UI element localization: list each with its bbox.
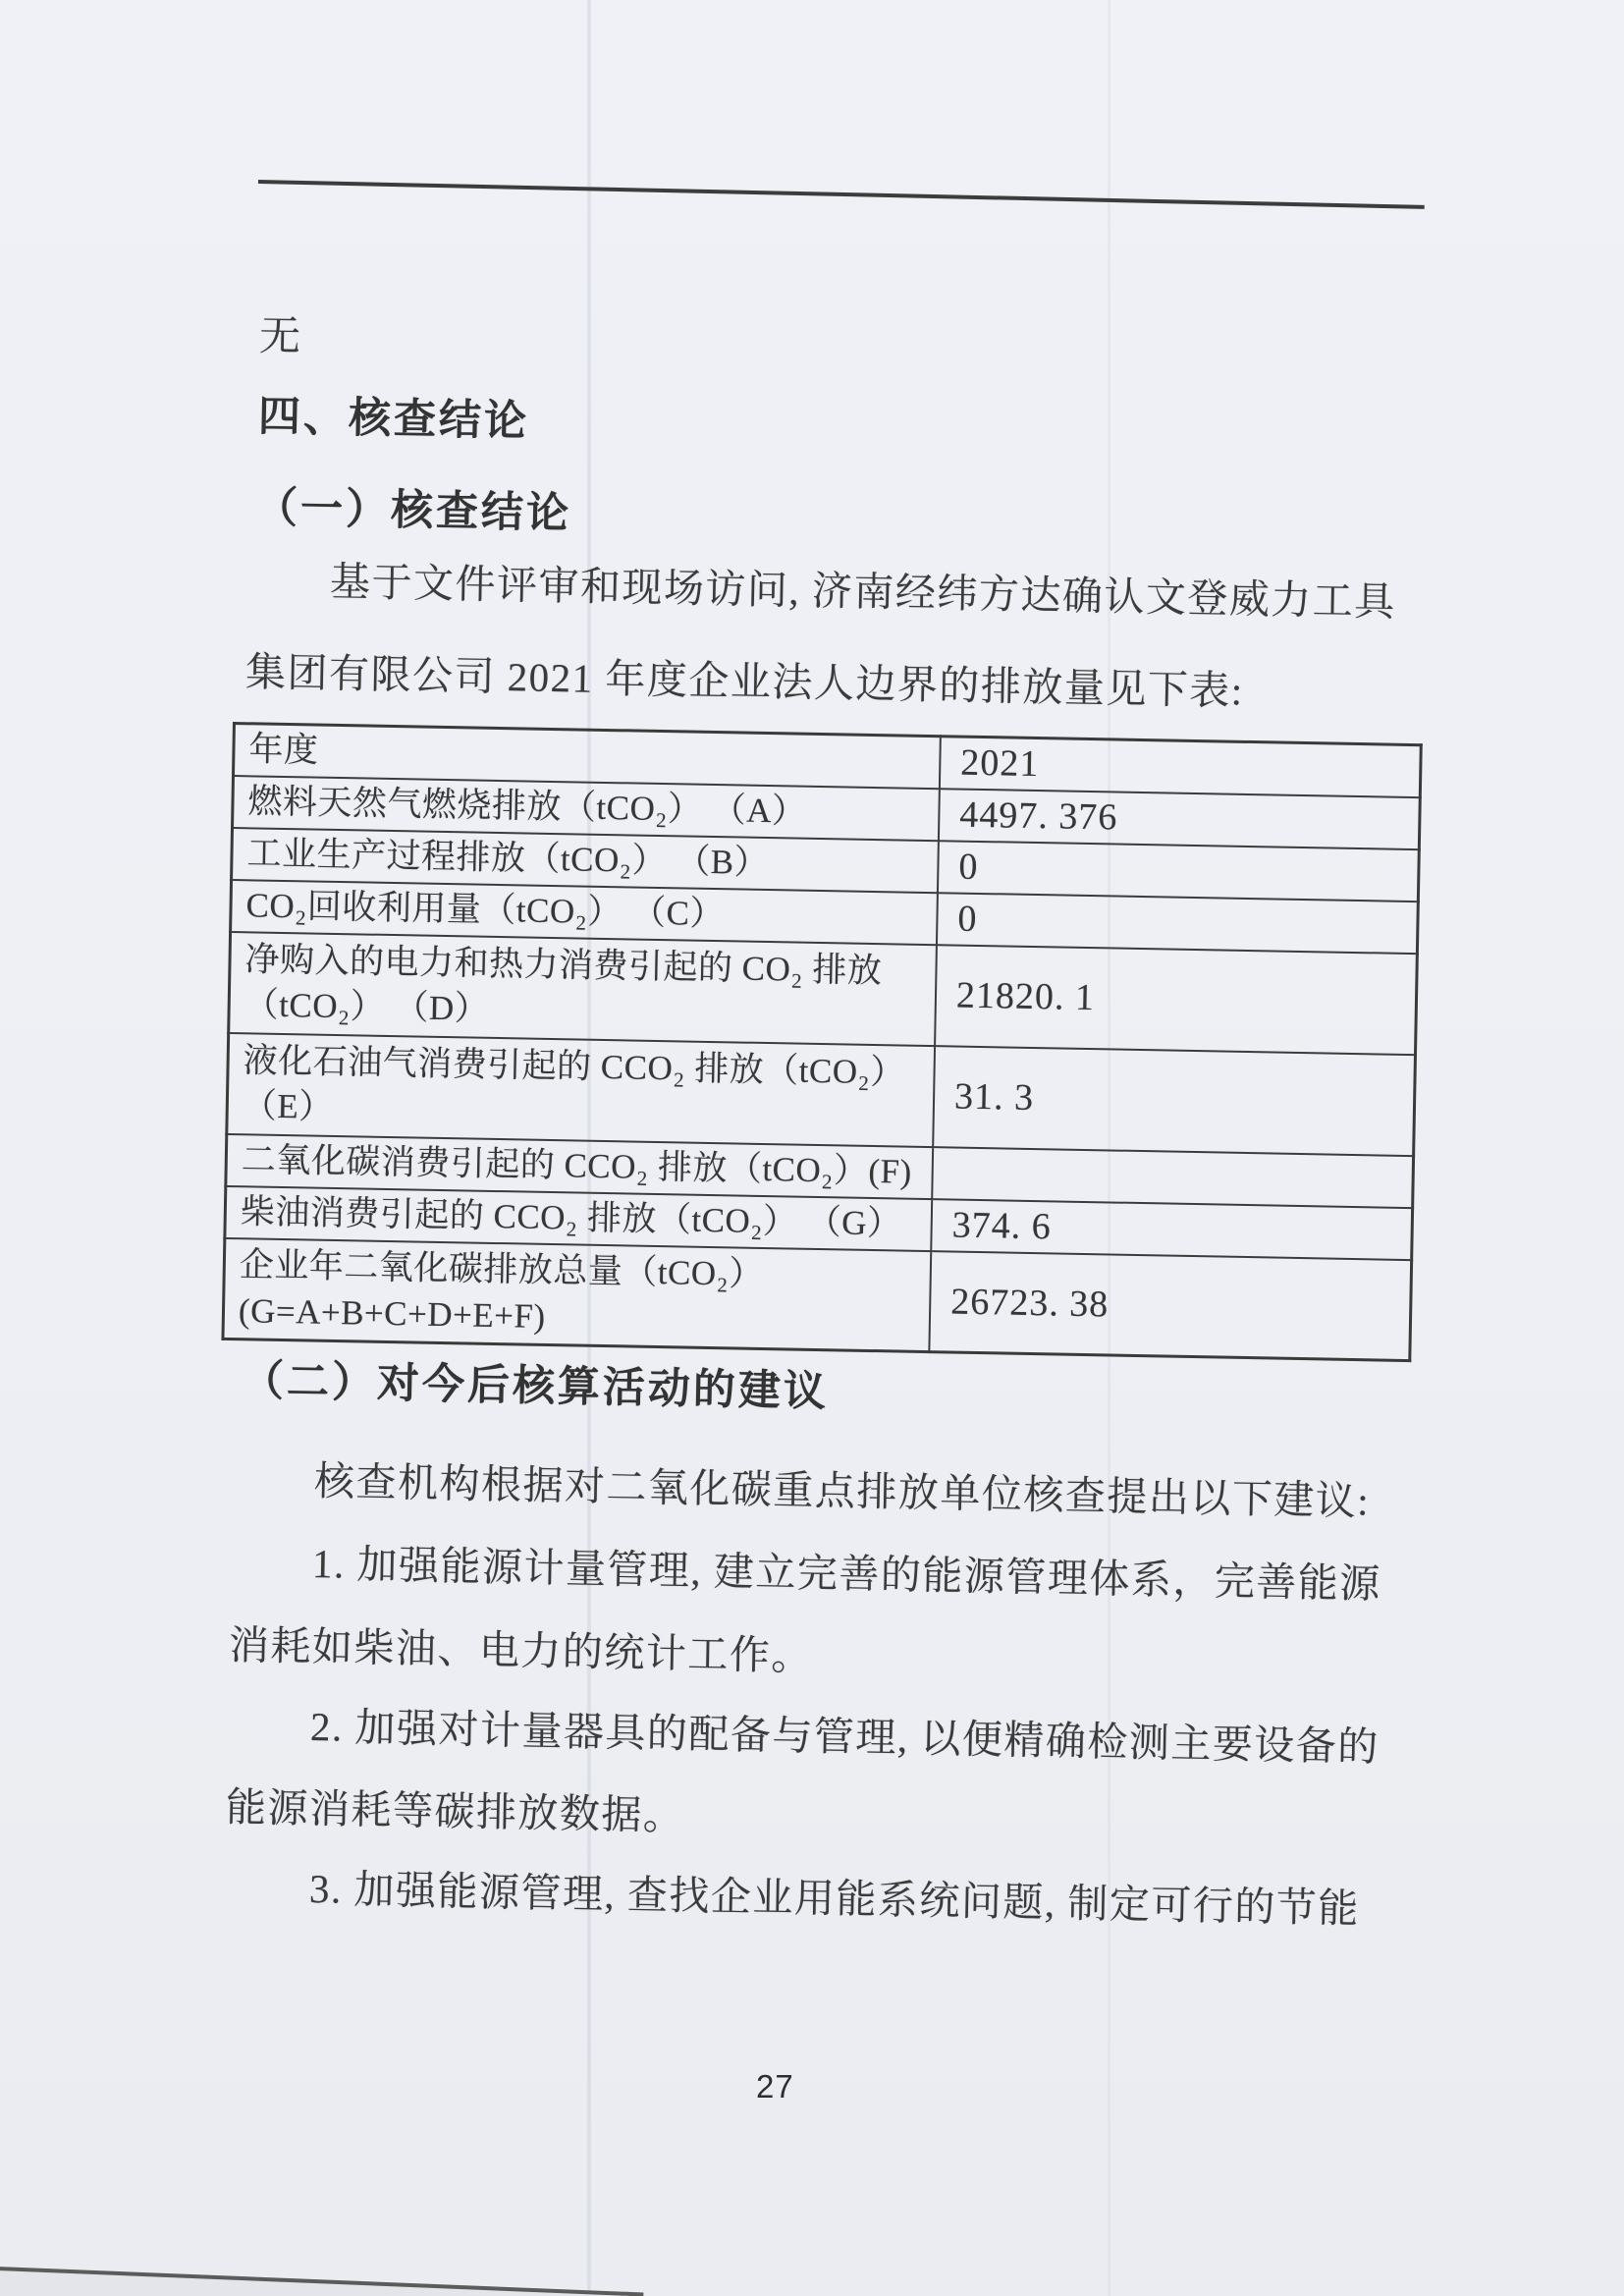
section-4-title: 四、核查结论	[258, 396, 530, 443]
row-value: 0	[938, 841, 1419, 902]
row-value	[932, 1147, 1413, 1208]
emissions-table: 年度 2021 燃料天然气燃烧排放（tCO₂） （A） 4497. 376 工业…	[221, 722, 1422, 1362]
row-value: 26723. 38	[929, 1251, 1411, 1361]
suggestion-1-line-2: 消耗如柴油、电力的统计工作。	[229, 1625, 814, 1676]
row-value: 21820. 1	[935, 945, 1417, 1055]
suggestion-2-line-1: 2. 加强对计量器具的配备与管理, 以便精确检测主要设备的	[310, 1707, 1380, 1768]
row-value: 4497. 376	[939, 789, 1420, 849]
suggestion-1-line-1: 1. 加强能源计量管理, 建立完善的能源管理体系，完善能源	[312, 1544, 1382, 1605]
row-value: 374. 6	[931, 1199, 1412, 1260]
page-number: 27	[756, 2068, 794, 2105]
row-value: 0	[937, 893, 1418, 954]
suggestion-3-line-1: 3. 加强能源管理, 查找企业用能系统问题, 制定可行的节能	[309, 1869, 1361, 1930]
row-value: 31. 3	[933, 1046, 1415, 1156]
row-label: 液化石油气消费引起的 CCO₂ 排放（tCO₂） （E）	[227, 1033, 935, 1147]
suggestion-intro-line: 核查机构根据对二氧化碳重点排放单位核查提出以下建议:	[314, 1461, 1371, 1522]
table-row: 企业年二氧化碳排放总量（tCO₂） (G=A+B+C+D+E+F) 26723.…	[223, 1238, 1412, 1361]
intro-paragraph-line-2: 集团有限公司 2021 年度企业法人边界的排放量见下表:	[245, 652, 1244, 712]
row-label: 净购入的电力和热力消费引起的 CO₂ 排放 （tCO₂） （D）	[229, 932, 937, 1046]
no-content-marker: 无	[259, 316, 303, 358]
row-value: 2021	[940, 737, 1421, 797]
subsection-1-title: （一）核查结论	[255, 487, 572, 535]
header-rule-line	[258, 180, 1425, 209]
scanned-document-page: 无 四、核查结论 （一）核查结论 基于文件评审和现场访问, 济南经纬方达确认文登…	[0, 0, 1624, 2296]
row-label: 企业年二氧化碳排放总量（tCO₂） (G=A+B+C+D+E+F)	[223, 1238, 931, 1352]
intro-paragraph-line-1: 基于文件评审和现场访问, 济南经纬方达确认文登威力工具	[330, 562, 1397, 623]
suggestion-2-line-2: 能源消耗等碳排放数据。	[226, 1787, 685, 1836]
subsection-2-title: （二）对今后核算活动的建议	[242, 1360, 830, 1413]
